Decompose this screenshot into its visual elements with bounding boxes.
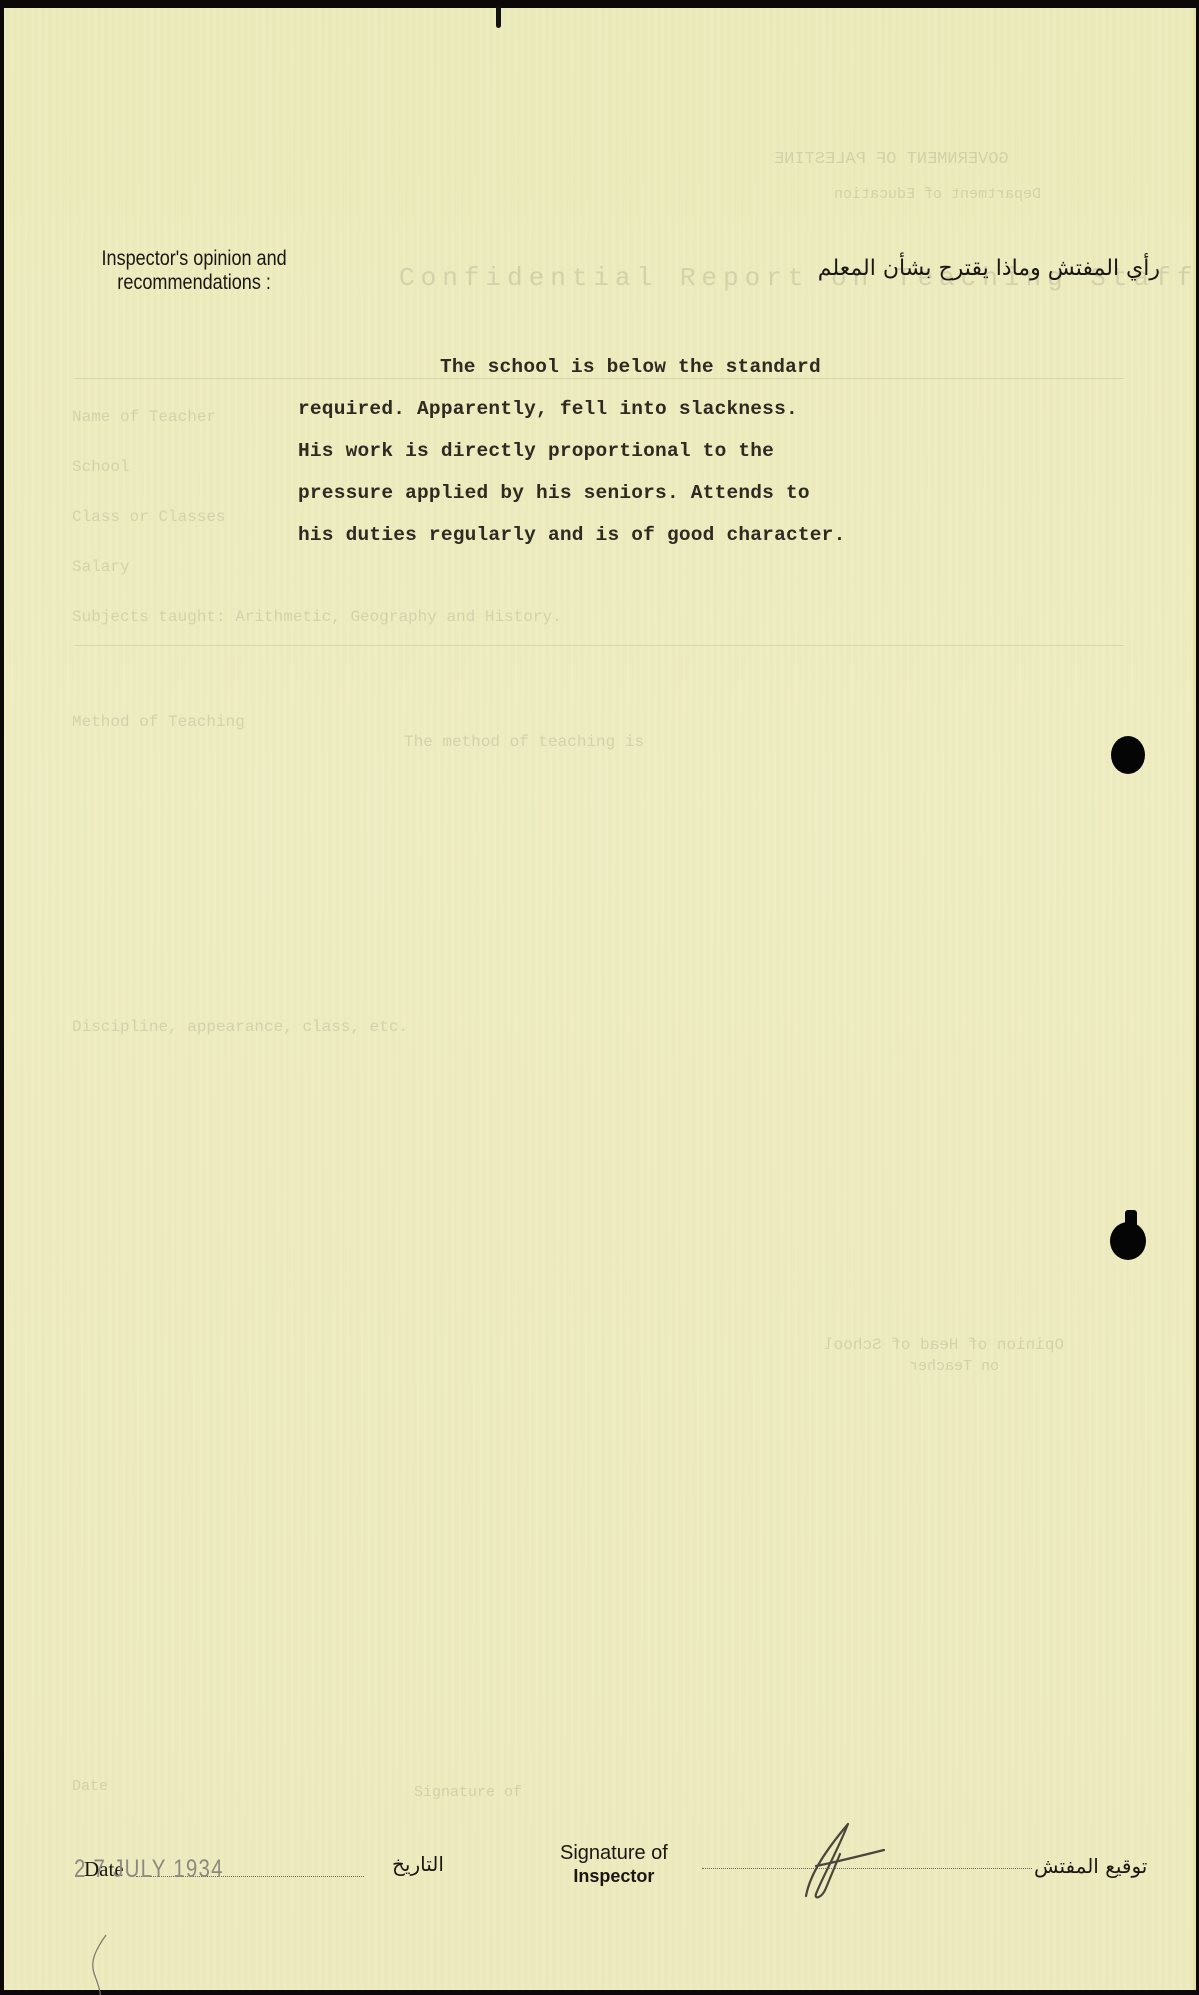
bleed-through-text: Department of Education (834, 186, 1041, 203)
inspector-remarks: The school is below the standard require… (298, 346, 846, 556)
remarks-line: His work is directly proportional to the (298, 430, 846, 472)
signature-label-arabic: توقيع المفتش (1034, 1854, 1147, 1878)
bleed-through-text: Name of Teacher (72, 408, 216, 426)
inspector-signature (796, 1814, 886, 1904)
inspector-opinion-label: Inspector's opinion and recommendations … (78, 247, 310, 295)
date-stamp: 2 7 JULY 1934 (74, 1855, 224, 1884)
punch-hole-icon (1125, 1210, 1137, 1230)
scan-top-edge (0, 0, 1199, 8)
bleed-through-text: The method of teaching is (404, 733, 644, 751)
signature-label: Signature of Inspector (560, 1842, 668, 1888)
bleed-through-text: Class or Classes (72, 508, 226, 526)
document-page: GOVERNMENT OF PALESTINE Department of Ed… (4, 8, 1196, 1990)
bleed-through-text: GOVERNMENT OF PALESTINE (774, 150, 1009, 169)
bleed-through-text: on Teacher (909, 1358, 999, 1375)
bleed-through-rule (74, 645, 1124, 646)
staple-mark (496, 6, 501, 28)
bleed-through-text: Date (72, 1778, 108, 1795)
pencil-mark (84, 1933, 114, 1995)
bleed-through-text: Subjects taught: Arithmetic, Geography a… (72, 608, 562, 626)
bleed-through-text: School (72, 458, 130, 476)
punch-hole-icon (1111, 736, 1145, 774)
remarks-line: pressure applied by his seniors. Attends… (298, 472, 846, 514)
bleed-through-text: Signature of (414, 1784, 522, 1801)
bleed-through-text: Discipline, appearance, class, etc. (72, 1018, 408, 1036)
bleed-through-text: Opinion of Head of School (824, 1336, 1064, 1354)
remarks-line: his duties regularly and is of good char… (298, 514, 846, 556)
signature-label-line-1: Signature of (560, 1842, 668, 1865)
bleed-through-text: Salary (72, 558, 130, 576)
remarks-line: required. Apparently, fell into slacknes… (298, 388, 846, 430)
bleed-through-text: Method of Teaching (72, 713, 245, 731)
date-label-arabic: التاريخ (392, 1852, 444, 1876)
signature-label-line-2: Inspector (560, 1865, 668, 1888)
label-line-1: Inspector's opinion and (78, 247, 310, 271)
label-line-2: recommendations : (78, 271, 310, 295)
inspector-opinion-label-arabic: رأي المفتش وماذا يقترح بشأن المعلم (818, 256, 1160, 281)
remarks-line: The school is below the standard (298, 346, 846, 388)
